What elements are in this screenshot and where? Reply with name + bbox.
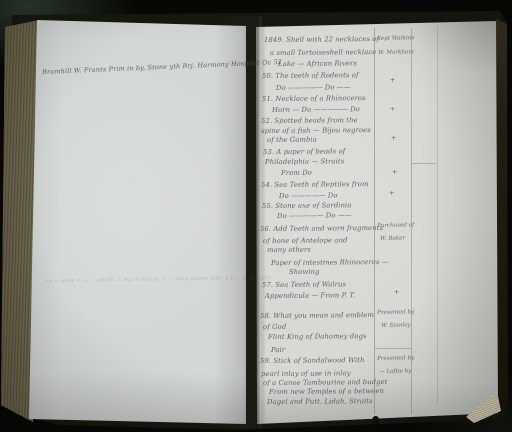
register-entry-line: Lake — African Rivers <box>278 59 357 68</box>
register-entry-line: 52. Spotted beads from the <box>261 116 358 125</box>
register-entry-line: Flint King of Dahomey dogs <box>268 332 367 341</box>
cell-rule <box>411 163 437 164</box>
register-entry-line: From Do <box>281 169 312 177</box>
register-entry-line: Appendicula — From P. T. <box>265 291 355 300</box>
register-entry-line: Do ————— Do <box>279 191 338 200</box>
margin-annotation: W. Markham <box>378 49 414 56</box>
register-entry-line: 56. Add Teeth and worn fragments <box>260 224 383 233</box>
margin-annotation: Purchased of <box>377 222 414 229</box>
register-entry-line: 59. Stick of Sandalwood With <box>260 356 365 365</box>
register-entry-line: 1849. Shell with 22 necklaces of <box>264 35 379 44</box>
column-rule <box>437 26 438 404</box>
register-entry-line: 57. Sea Teeth of Walrus <box>262 280 346 289</box>
register-entry-line: Do ————— Do —— <box>276 83 351 92</box>
register-entry-line: 54. Sea Teeth of Reptiles from <box>261 180 369 189</box>
register-entry-line: 53. A paper of beads of <box>263 147 345 156</box>
plus-mark: + <box>392 168 397 176</box>
plus-mark: + <box>390 105 395 113</box>
cell-rule <box>375 348 411 349</box>
register-entry-line: of the Gambia <box>267 136 317 144</box>
register-entry-line: Pair <box>271 346 285 354</box>
register-entry-line: Philadelphia — Straits <box>265 157 344 166</box>
bookmark-tassel <box>371 416 379 426</box>
margin-annotation: Sept Watkins <box>377 35 414 42</box>
register-entry-line: spine of a fish — Bijou negroes <box>261 126 371 135</box>
plus-mark: + <box>389 189 394 197</box>
register-entry-line: Horn — Do ————— Do <box>272 105 360 114</box>
left-page-pencil-note: ny ~ gone c. o ~ smith, c my, a bay ju ~… <box>45 276 272 284</box>
register-entry-line: of a Canoe Tambourine and budget <box>263 378 388 387</box>
left-page-inscription: Bramhill W. Frants Prim in by, Stone yth… <box>42 58 282 76</box>
register-entry-line: of bone of Antelope and <box>263 236 348 245</box>
plus-mark: + <box>391 134 396 142</box>
margin-annotation: W. Baker <box>380 235 405 242</box>
margin-annotation: Presented by <box>377 355 414 362</box>
register-entry-line: From new Temples of a between <box>269 387 384 396</box>
register-entry-line: pearl inlay of use in inlay <box>261 369 351 378</box>
register-entry-line: 55. Stone axe of Sardinia <box>262 201 352 210</box>
register-entry-line: Paper of intestines Rhinoceros — <box>271 258 389 267</box>
register-entry-line: 50. The teeth of Rodents of <box>262 71 359 80</box>
margin-annotation: W. Stanley <box>381 322 411 329</box>
register-entry-line: Showing <box>289 268 320 276</box>
margin-annotation: Presented by <box>377 309 414 316</box>
register-entry-line: Do ————— Do —— <box>277 211 352 220</box>
register-entry-line: of God <box>263 323 286 331</box>
ledger-photo: Bramhill W. Frants Prim in by, Stone yth… <box>0 0 512 432</box>
register-entry-line: 58. What you mean and emblem <box>260 311 374 320</box>
column-rule <box>374 28 375 414</box>
register-entry-line: 51. Necklace of a Rhinoceros <box>262 94 366 103</box>
plus-mark: + <box>394 288 399 296</box>
register-entry-line: a small Tortoiseshell necklace <box>270 48 376 57</box>
margin-annotation: — Loftie by <box>379 368 412 375</box>
column-rule <box>411 28 412 414</box>
plus-mark: + <box>390 76 395 84</box>
register-entry-line: many others <box>267 246 311 254</box>
register-entry-line: Dagel and Putt, Lidah, Straits <box>267 397 373 406</box>
ink-layer: Bramhill W. Frants Prim in by, Stone yth… <box>0 0 512 432</box>
